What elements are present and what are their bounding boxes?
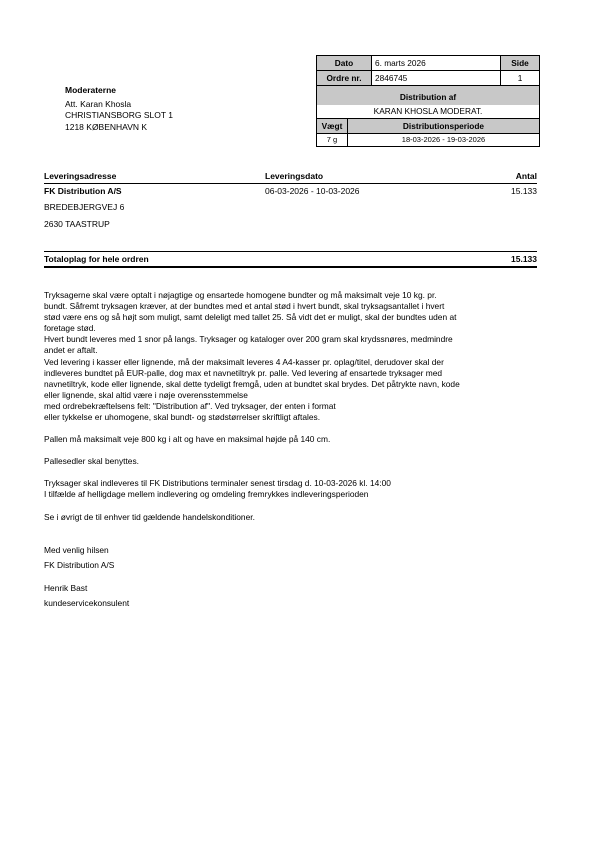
terms-line: bundt. Såfremt tryksagen kræver, at der …: [44, 301, 544, 312]
terms-line: andet er aftalt.: [44, 345, 544, 356]
terms-line: navnetiltryk, kode eller lignende, skal …: [44, 379, 544, 390]
signer-title: kundeservicekonsulent: [44, 596, 129, 611]
terms-paragraph-3: Pallesedler skal benyttes.: [44, 456, 544, 467]
terms-paragraph-5: Se i øvrigt de til enhver tid gældende h…: [44, 512, 544, 523]
header-delivery-address: Leveringsadresse: [44, 170, 265, 182]
weight-label: Vægt: [317, 119, 348, 133]
closing-company: FK Distribution A/S: [44, 558, 129, 573]
closing-greeting: Med venlig hilsen: [44, 543, 129, 558]
terms-line: foretage stød.: [44, 323, 544, 334]
recipient-name: Moderaterne: [65, 85, 173, 97]
recipient-address: Moderaterne Att. Karan Khosla CHRISTIANS…: [65, 85, 173, 133]
order-info-box: Dato 6. marts 2026 Side Ordre nr. 284674…: [316, 55, 540, 147]
page-label: Side: [501, 56, 539, 70]
distribution-of-label: Distribution af: [317, 90, 539, 105]
recipient-city: 1218 KØBENHAVN K: [65, 122, 173, 134]
distribution-of-header-row: Distribution af: [317, 90, 539, 104]
period-label: Distributionsperiode: [348, 119, 539, 133]
date-value: 6. marts 2026: [372, 56, 501, 70]
terms-line: eller tykkelse er uhomogene, skal bundt-…: [44, 412, 544, 423]
delivery-city: 2630 TAASTRUP: [44, 216, 537, 233]
order-number-value: 2846745: [372, 71, 501, 85]
terms-paragraph-4: Tryksager skal indleveres til FK Distrib…: [44, 478, 544, 500]
terms-line: Tryksager skal indleveres til FK Distrib…: [44, 478, 544, 489]
period-value: 18-03-2026 - 19-03-2026: [348, 134, 539, 146]
signer-name: Henrik Bast: [44, 581, 129, 596]
delivery-quantity: 15.133: [457, 184, 537, 199]
terms-line: I tilfælde af helligdage mellem indlever…: [44, 489, 544, 500]
terms-line: med ordrebekræftelsens felt: "Distributi…: [44, 401, 544, 412]
total-row: Totaloplag for hele ordren 15.133: [44, 251, 537, 268]
delivery-table: Leveringsadresse Leveringsdato Antal FK …: [44, 170, 537, 233]
delivery-table-header: Leveringsadresse Leveringsdato Antal: [44, 170, 537, 184]
date-label: Dato: [317, 56, 372, 70]
recipient-att: Att. Karan Khosla: [65, 99, 173, 111]
weight-period-header-row: Vægt Distributionsperiode: [317, 119, 539, 134]
recipient-street: CHRISTIANSBORG SLOT 1: [65, 110, 173, 122]
order-number-label: Ordre nr.: [317, 71, 372, 85]
page-value: 1: [501, 71, 539, 85]
delivery-date-range: 06-03-2026 - 10-03-2026: [265, 184, 457, 199]
total-value: 15.133: [511, 252, 537, 266]
distribution-of-value: KARAN KHOSLA MODERAT.: [317, 104, 539, 118]
terms-line: indleveres bundtet på EUR-palle, dog max…: [44, 368, 544, 379]
delivery-street: BREDEBJERGVEJ 6: [44, 199, 537, 216]
terms-line: Hvert bundt leveres med 1 snor på langs.…: [44, 334, 544, 345]
terms-paragraph-2: Pallen må maksimalt veje 800 kg i alt og…: [44, 434, 544, 445]
total-label: Totaloplag for hele ordren: [44, 252, 511, 266]
terms-paragraph-1: Tryksagerne skal være optalt i nøjagtige…: [44, 290, 544, 423]
delivery-company: FK Distribution A/S: [44, 184, 265, 199]
closing-signature: Med venlig hilsen FK Distribution A/S He…: [44, 543, 129, 611]
terms-line: Tryksagerne skal være optalt i nøjagtige…: [44, 290, 544, 301]
weight-period-value-row: 7 g 18-03-2026 - 19-03-2026: [317, 134, 539, 146]
weight-value: 7 g: [317, 134, 348, 146]
distribution-of-value-row: KARAN KHOSLA MODERAT.: [317, 104, 539, 119]
terms-line: Ved levering i kasser eller lignende, må…: [44, 357, 544, 368]
order-row: Ordre nr. 2846745 1: [317, 71, 539, 86]
terms-text: Tryksagerne skal være optalt i nøjagtige…: [44, 290, 544, 523]
header-quantity: Antal: [457, 170, 537, 182]
header-delivery-date: Leveringsdato: [265, 170, 457, 182]
delivery-address-lines: BREDEBJERGVEJ 6 2630 TAASTRUP: [44, 199, 537, 233]
date-row: Dato 6. marts 2026 Side: [317, 56, 539, 71]
terms-line: stød være ens og så højt som muligt, sam…: [44, 312, 544, 323]
terms-line: eller lignende, skal altid være i nøje o…: [44, 390, 544, 401]
delivery-row: FK Distribution A/S 06-03-2026 - 10-03-2…: [44, 184, 537, 199]
